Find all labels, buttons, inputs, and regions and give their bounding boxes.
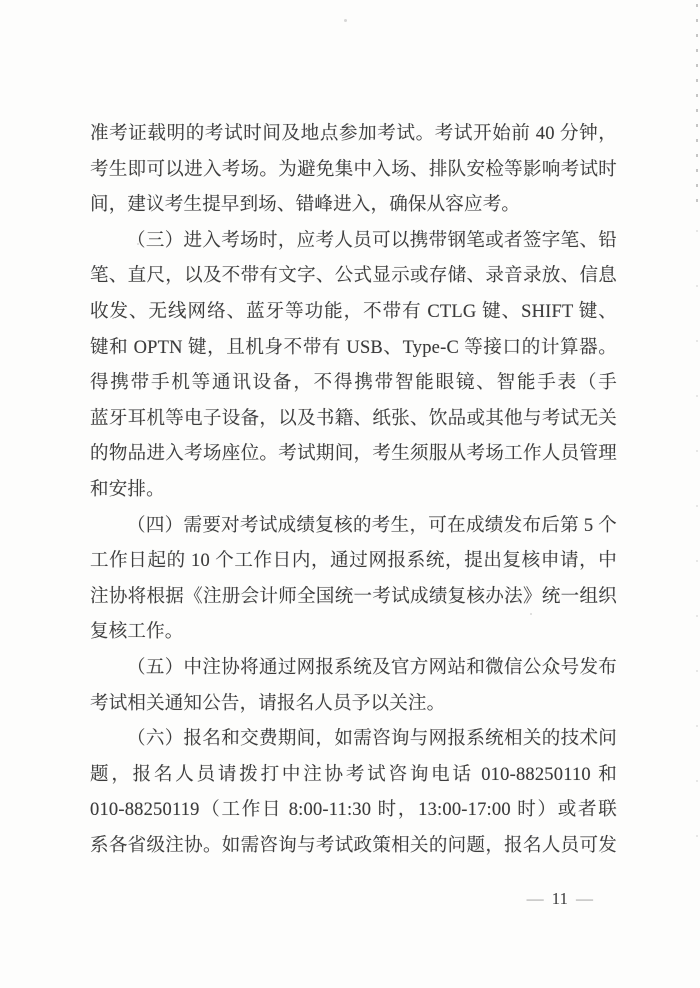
scan-speck bbox=[311, 338, 313, 340]
text-line: 考生即可以进入考场。为避免集中入场、排队安检等影响考试时 bbox=[90, 153, 617, 189]
document-text-block: 准考证载明的考试时间及地点参加考试。考试开始前 40 分钟， 考生即可以进入考场… bbox=[90, 117, 617, 864]
scan-speck bbox=[137, 243, 139, 245]
paragraph-item-5: （五）中注协将通过网报系统及官方网站和微信公众号发布 考试相关通知公告，请报名人… bbox=[90, 651, 617, 722]
text-line: 笔、直尺，以及不带有文字、公式显示或存储、录音录放、信息 bbox=[90, 259, 617, 295]
text-line: 010-88250119（工作日 8:00-11:30 时，13:00-17:0… bbox=[90, 793, 617, 829]
text-line: 间，建议考生提早到场、错峰进入，确保从容应考。 bbox=[90, 188, 617, 224]
text-line: 收发、无线网络、蓝牙等功能，不带有 CTLG 键、SHIFT 键、ALPHA bbox=[90, 295, 617, 331]
text-line: （五）中注协将通过网报系统及官方网站和微信公众号发布 bbox=[90, 651, 617, 687]
text-line: （四）需要对考试成绩复核的考生，可在成绩发布后第 5 个 bbox=[90, 509, 617, 545]
text-line: 题，报名人员请拨打中注协考试咨询电话 010-88250110 和 bbox=[90, 758, 617, 794]
text-line: 蓝牙耳机等电子设备，以及书籍、纸张、饮品或其他与考试无关 bbox=[90, 402, 617, 438]
page-number: —11— bbox=[527, 890, 593, 908]
paragraph-continuation: 准考证载明的考试时间及地点参加考试。考试开始前 40 分钟， 考生即可以进入考场… bbox=[90, 117, 617, 224]
text-line: 注协将根据《注册会计师全国统一考试成绩复核办法》统一组织 bbox=[90, 580, 617, 616]
page-number-value: 11 bbox=[552, 889, 568, 908]
scan-speck bbox=[530, 613, 532, 615]
paragraph-item-4: （四）需要对考试成绩复核的考生，可在成绩发布后第 5 个 工作日起的 10 个工… bbox=[90, 509, 617, 651]
text-line: （三）进入考场时，应考人员可以携带钢笔或者签字笔、铅 bbox=[90, 224, 617, 260]
document-page: 准考证载明的考试时间及地点参加考试。考试开始前 40 分钟， 考生即可以进入考场… bbox=[0, 0, 700, 988]
paragraph-item-6: （六）报名和交费期间，如需咨询与网报系统相关的技术问 题，报名人员请拨打中注协考… bbox=[90, 722, 617, 864]
text-line: 考试相关通知公告，请报名人员予以关注。 bbox=[90, 687, 617, 723]
text-line: 工作日起的 10 个工作日内，通过网报系统，提出复核申请，中 bbox=[90, 544, 617, 580]
text-line: 键和 OPTN 键，且机身不带有 USB、Type-C 等接口的计算器。不 bbox=[90, 331, 617, 367]
text-line: 和安排。 bbox=[90, 473, 617, 509]
text-line: 系各省级注协。如需咨询与考试政策相关的问题，报名人员可发 bbox=[90, 829, 617, 865]
scan-speck bbox=[344, 19, 347, 22]
text-line: （六）报名和交费期间，如需咨询与网报系统相关的技术问 bbox=[90, 722, 617, 758]
page-number-dash-left: — bbox=[527, 889, 544, 908]
scan-edge-noise bbox=[696, 230, 698, 850]
paragraph-item-3: （三）进入考场时，应考人员可以携带钢笔或者签字笔、铅 笔、直尺，以及不带有文字、… bbox=[90, 224, 617, 509]
text-line: 得携带手机等通讯设备，不得携带智能眼镜、智能手表（手环）、 bbox=[90, 366, 617, 402]
text-line: 准考证载明的考试时间及地点参加考试。考试开始前 40 分钟， bbox=[90, 117, 617, 153]
scan-edge-noise bbox=[696, 4, 698, 204]
page-number-dash-right: — bbox=[576, 889, 593, 908]
text-line: 复核工作。 bbox=[90, 615, 617, 651]
text-line: 的物品进入考场座位。考试期间，考生须服从考场工作人员管理 bbox=[90, 437, 617, 473]
